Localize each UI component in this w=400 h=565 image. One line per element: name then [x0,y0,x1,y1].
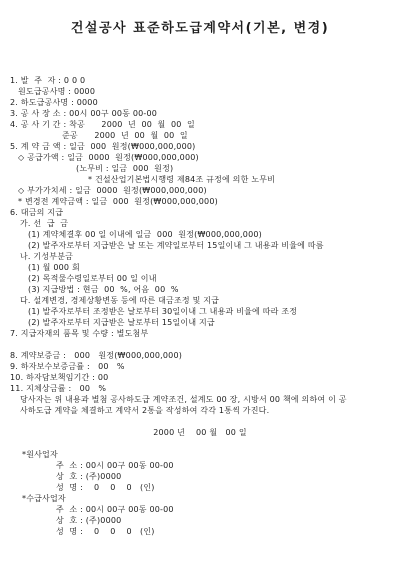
contract-document-page: 건설공사 표준하도급계약서(기본, 변경) 1. 발 주 자 : 0 0 0원도… [0,0,400,565]
doc-line: * 건설산업기본법시행령 제84조 규정에 의한 노무비 [0,174,400,185]
doc-line: 2. 하도급공사명 : 0000 [0,97,400,108]
doc-line: 다. 설계변경, 경제상황변동 등에 따른 대금조정 및 지급 [0,295,400,306]
doc-line: 10. 하자담보책임기간 : 00 [0,372,400,383]
document-body: 1. 발 주 자 : 0 0 0원도급공사명 : 00002. 하도급공사명 :… [0,75,400,537]
doc-line: (1) 발주자로부터 조정받은 날로부터 30일이내 그 내용과 비율에 따라 … [0,306,400,317]
doc-line: 주 소 : 00시 00구 00동 00-00 [0,504,400,515]
doc-line: 4. 공 사 기 간 : 착공 2000 년 00 월 00 일 [0,119,400,130]
doc-line: (1) 계약체결후 00 일 이내에 일금 000 원정(₩000,000,00… [0,229,400,240]
doc-line: (노무비 : 일금 000 원정) [0,163,400,174]
doc-line: 7. 지급자재의 품목 및 수량 : 별도첨부 [0,328,400,339]
doc-line: 나. 기성부분금 [0,251,400,262]
doc-line: 사하도급 계약을 체결하고 계약서 2통을 작성하여 각각 1통씩 가진다. [0,405,400,416]
doc-line: 2000 년 00 월 00 일 [0,427,400,438]
doc-line: *수급사업자 [0,493,400,504]
document-title: 건설공사 표준하도급계약서(기본, 변경) [0,0,400,37]
doc-line: 상 호 : (주)0000 [0,515,400,526]
doc-line: * 변경전 계약금액 : 일금 000 원정(₩000,000,000) [0,196,400,207]
doc-line: 상 호 : (주)0000 [0,471,400,482]
doc-line: 3. 공 사 장 소 : 00시 00구 00동 00-00 [0,108,400,119]
doc-line: 11. 지체상금률 : 00 % [0,383,400,394]
doc-line: (2) 발주자로부터 지급받은 날로부터 15일이내 지급 [0,317,400,328]
doc-line: 주 소 : 00시 00구 00동 00-00 [0,460,400,471]
doc-line: ◇ 공급가액 : 일금 0000 원정(₩000,000,000) [0,152,400,163]
doc-line: ◇ 부가가치세 : 일금 0000 원정(₩000,000,000) [0,185,400,196]
doc-line: 8. 계약보증금 : 000 원정(₩000,000,000) [0,350,400,361]
doc-line: 당사자는 위 내용과 별첨 공사하도급 계약조건, 설계도 00 장, 시방서 … [0,394,400,405]
doc-line: *원사업자 [0,449,400,460]
doc-line: (2) 목적물수령일로부터 00 일 이내 [0,273,400,284]
doc-line: (1) 월 000 회 [0,262,400,273]
doc-line: 1. 발 주 자 : 0 0 0 [0,75,400,86]
doc-line: 원도급공사명 : 0000 [0,86,400,97]
doc-line: (2) 발주자로부터 지급받은 날 또는 계약일로부터 15일이내 그 내용과 … [0,240,400,251]
doc-line: 가. 선 급 금 [0,218,400,229]
doc-line: 9. 하자보수보증금률 : 00 % [0,361,400,372]
doc-line: (3) 지급방법 : 현금 00 %, 어음 00 % [0,284,400,295]
doc-line: 6. 대금의 지급 [0,207,400,218]
doc-line: 성 명 : 0 0 0 (인) [0,482,400,493]
doc-line: 5. 계 약 금 액 : 일금 000 원정(₩000,000,000) [0,141,400,152]
doc-line: 준공 2000 년 00 월 00 일 [0,130,400,141]
doc-line: 성 명 : 0 0 0 (인) [0,526,400,537]
